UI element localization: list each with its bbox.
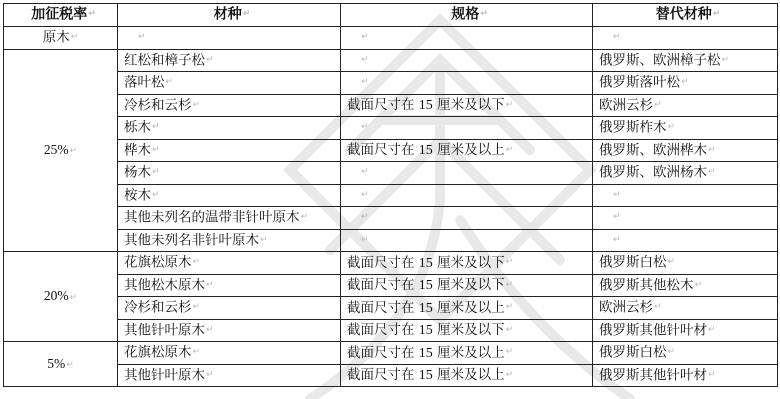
table-row: 杨木↵↵俄罗斯、欧洲杨木↵ — [4, 162, 778, 185]
substitute-cell: ↵ — [593, 207, 778, 230]
material-cell: 桦木↵ — [118, 139, 341, 162]
category-spec: ↵ — [341, 27, 593, 50]
table-row: 桦木↵截面尺寸在 15 厘米及以上↵俄罗斯、欧洲桦木↵ — [4, 139, 778, 162]
tax-rate-cell: 25%↵ — [4, 49, 118, 252]
tariff-table: 加征税率↵ 材种↵ 规格↵ 替代材种↵ 原木↵ ↵ ↵ ↵ 25%↵红松和樟子松… — [3, 3, 778, 387]
spec-cell: 截面尺寸在 15 厘米及以下↵ — [341, 94, 593, 117]
table-row: 冷杉和云杉↵截面尺寸在 15 厘米及以下↵欧洲云杉↵ — [4, 94, 778, 117]
table-row: 栎木↵↵俄罗斯柞木↵ — [4, 117, 778, 140]
spec-cell: ↵ — [341, 207, 593, 230]
substitute-cell: 俄罗斯其他针叶材↵ — [593, 364, 778, 387]
category-material: ↵ — [118, 27, 341, 50]
spec-cell: 截面尺寸在 15 厘米及以上↵ — [341, 342, 593, 365]
material-cell: 冷杉和云杉↵ — [118, 297, 341, 320]
table-row: 25%↵红松和樟子松↵↵俄罗斯、欧洲樟子松↵ — [4, 49, 778, 72]
table-row: 其他针叶原木↵截面尺寸在 15 厘米及以上↵俄罗斯其他针叶材↵ — [4, 364, 778, 387]
substitute-cell: 俄罗斯白松↵ — [593, 342, 778, 365]
category-substitute: ↵ — [593, 27, 778, 50]
substitute-cell: 俄罗斯白松↵ — [593, 252, 778, 275]
table-row: 5%↵花旗松原木↵截面尺寸在 15 厘米及以上↵俄罗斯白松↵ — [4, 342, 778, 365]
tax-rate-cell: 5%↵ — [4, 342, 118, 387]
table-row: 其他未列名的温带非针叶原木↵↵↵ — [4, 207, 778, 230]
spec-cell: ↵ — [341, 72, 593, 95]
table-row: 其他松木原木↵截面尺寸在 15 厘米及以下↵俄罗斯其他松木↵ — [4, 274, 778, 297]
header-substitute: 替代材种↵ — [593, 4, 778, 27]
material-cell: 其他针叶原木↵ — [118, 319, 341, 342]
spec-cell: ↵ — [341, 49, 593, 72]
material-cell: 冷杉和云杉↵ — [118, 94, 341, 117]
material-cell: 其他未列名非针叶原木↵ — [118, 229, 341, 252]
spec-cell: 截面尺寸在 15 厘米及以上↵ — [341, 297, 593, 320]
substitute-cell: 欧洲云杉↵ — [593, 297, 778, 320]
header-spec: 规格↵ — [341, 4, 593, 27]
material-cell: 其他针叶原木↵ — [118, 364, 341, 387]
table-row: 20%↵花旗松原木↵截面尺寸在 15 厘米及以下↵俄罗斯白松↵ — [4, 252, 778, 275]
substitute-cell: 欧洲云杉↵ — [593, 94, 778, 117]
material-cell: 花旗松原木↵ — [118, 252, 341, 275]
table-row: 落叶松↵↵俄罗斯落叶松↵ — [4, 72, 778, 95]
spec-cell: ↵ — [341, 162, 593, 185]
substitute-cell: 俄罗斯、欧洲桦木↵ — [593, 139, 778, 162]
material-cell: 落叶松↵ — [118, 72, 341, 95]
spec-cell: 截面尺寸在 15 厘米及以下↵ — [341, 274, 593, 297]
spec-cell: 截面尺寸在 15 厘米及以下↵ — [341, 319, 593, 342]
material-cell: 其他松木原木↵ — [118, 274, 341, 297]
table-row: 冷杉和云杉↵截面尺寸在 15 厘米及以上↵欧洲云杉↵ — [4, 297, 778, 320]
material-cell: 红松和樟子松↵ — [118, 49, 341, 72]
substitute-cell: 俄罗斯柞木↵ — [593, 117, 778, 140]
tax-rate-cell: 20%↵ — [4, 252, 118, 342]
substitute-cell: 俄罗斯、欧洲杨木↵ — [593, 162, 778, 185]
spec-cell: 截面尺寸在 15 厘米及以上↵ — [341, 364, 593, 387]
substitute-cell: ↵ — [593, 184, 778, 207]
material-cell: 杨木↵ — [118, 162, 341, 185]
substitute-cell: 俄罗斯其他针叶材↵ — [593, 319, 778, 342]
substitute-cell: ↵ — [593, 229, 778, 252]
substitute-cell: 俄罗斯其他松木↵ — [593, 274, 778, 297]
spec-cell: 截面尺寸在 15 厘米及以上↵ — [341, 139, 593, 162]
material-cell: 花旗松原木↵ — [118, 342, 341, 365]
substitute-cell: 俄罗斯、欧洲樟子松↵ — [593, 49, 778, 72]
material-cell: 其他未列名的温带非针叶原木↵ — [118, 207, 341, 230]
spec-cell: ↵ — [341, 229, 593, 252]
header-material: 材种↵ — [118, 4, 341, 27]
header-rate: 加征税率↵ — [4, 4, 118, 27]
spec-cell: 截面尺寸在 15 厘米及以下↵ — [341, 252, 593, 275]
header-row: 加征税率↵ 材种↵ 规格↵ 替代材种↵ — [4, 4, 778, 27]
category-row: 原木↵ ↵ ↵ ↵ — [4, 27, 778, 50]
category-label: 原木↵ — [4, 27, 118, 50]
table-row: 桉木↵↵↵ — [4, 184, 778, 207]
table-row: 其他针叶原木↵截面尺寸在 15 厘米及以下↵俄罗斯其他针叶材↵ — [4, 319, 778, 342]
spec-cell: ↵ — [341, 117, 593, 140]
material-cell: 栎木↵ — [118, 117, 341, 140]
substitute-cell: 俄罗斯落叶松↵ — [593, 72, 778, 95]
spec-cell: ↵ — [341, 184, 593, 207]
material-cell: 桉木↵ — [118, 184, 341, 207]
table-row: 其他未列名非针叶原木↵↵↵ — [4, 229, 778, 252]
